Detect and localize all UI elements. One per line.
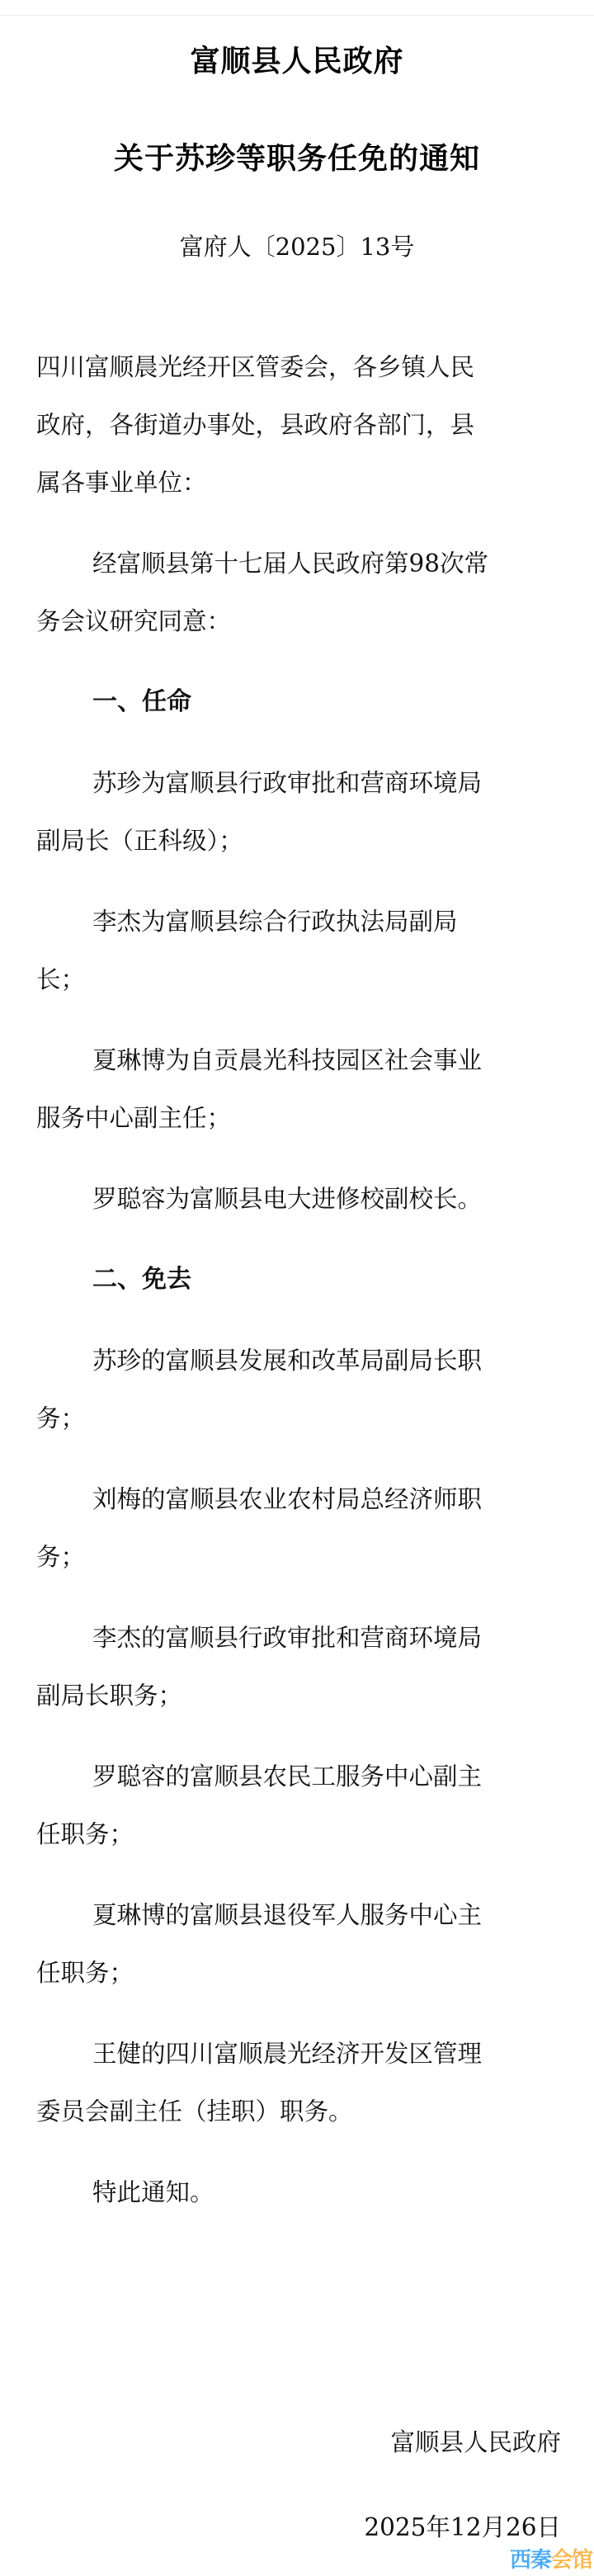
addressee-line: 四川富顺晨光经开区管委会，各乡镇人民 — [36, 338, 558, 396]
preamble-paragraph: 经富顺县第十七届人民政府第98次常 务会议研究同意： — [36, 535, 558, 650]
appointment-item: 夏琳博为自贡晨光科技园区社会事业 服务中心副主任； — [36, 1031, 558, 1147]
item-line: 副局长职务； — [36, 1667, 558, 1724]
item-line: 罗聪容为富顺县电大进修校副校长。 — [36, 1170, 558, 1228]
appointment-item: 苏珍为富顺县行政审批和营商环境局 副局长（正科级）； — [36, 754, 558, 870]
section-heading-appoint: 一、任命 — [36, 673, 558, 731]
preamble-line: 务会议研究同意： — [36, 592, 558, 650]
appointment-item: 罗聪容为富顺县电大进修校副校长。 — [36, 1170, 558, 1228]
signature-organization: 富顺县人民政府 — [390, 2426, 561, 2459]
item-line: 夏琳博为自贡晨光科技园区社会事业 — [36, 1031, 558, 1089]
dismissal-item: 刘梅的富顺县农业农村局总经济师职 务； — [36, 1470, 558, 1586]
top-divider — [0, 15, 594, 16]
section-heading-dismiss: 二、免去 — [36, 1251, 558, 1309]
dismissal-item: 罗聪容的富顺县农民工服务中心副主 任职务； — [36, 1748, 558, 1863]
item-line: 李杰的富顺县行政审批和营商环境局 — [36, 1609, 558, 1667]
signature-date: 2025年12月26日 — [364, 2511, 561, 2544]
addressee-line: 属各事业单位： — [36, 454, 558, 512]
addressee-line: 政府，各街道办事处，县政府各部门，县 — [36, 396, 558, 454]
item-line: 夏琳博的富顺县退役军人服务中心主 — [36, 1886, 558, 1944]
item-line: 长； — [36, 951, 558, 1008]
watermark-logo: 西秦会馆 — [510, 2548, 592, 2573]
watermark-text-part2: 会馆 — [551, 2548, 592, 2573]
item-line: 任职务； — [36, 1944, 558, 2002]
dismissal-item: 王健的四川富顺晨光经济开发区管理 委员会副主任（挂职）职务。 — [36, 2025, 558, 2140]
dismissal-item: 夏琳博的富顺县退役军人服务中心主 任职务； — [36, 1886, 558, 2002]
preamble-line: 经富顺县第十七届人民政府第98次常 — [36, 535, 558, 592]
document-body: 四川富顺晨光经开区管委会，各乡镇人民 政府，各街道办事处，县政府各部门，县 属各… — [36, 338, 558, 2244]
dismissal-item: 苏珍的富顺县发展和改革局副局长职 务； — [36, 1332, 558, 1447]
appointment-item: 李杰为富顺县综合行政执法局副局 长； — [36, 893, 558, 1008]
item-line: 务； — [36, 1389, 558, 1447]
item-line: 副局长（正科级）； — [36, 812, 558, 870]
dismissal-item: 李杰的富顺县行政审批和营商环境局 副局长职务； — [36, 1609, 558, 1724]
item-line: 王健的四川富顺晨光经济开发区管理 — [36, 2025, 558, 2083]
closing-remark: 特此通知。 — [36, 2163, 558, 2221]
issuer-title: 富顺县人民政府 — [0, 44, 594, 80]
item-line: 刘梅的富顺县农业农村局总经济师职 — [36, 1470, 558, 1528]
item-line: 任职务； — [36, 1805, 558, 1863]
subject-title: 关于苏珍等职务任免的通知 — [0, 141, 594, 177]
item-line: 苏珍为富顺县行政审批和营商环境局 — [36, 754, 558, 812]
item-line: 罗聪容的富顺县农民工服务中心副主 — [36, 1748, 558, 1805]
watermark-text-part1: 西秦 — [510, 2548, 551, 2573]
document-number: 富府人〔2025〕13号 — [0, 231, 594, 262]
addressee-paragraph: 四川富顺晨光经开区管委会，各乡镇人民 政府，各街道办事处，县政府各部门，县 属各… — [36, 338, 558, 512]
item-line: 李杰为富顺县综合行政执法局副局 — [36, 893, 558, 951]
item-line: 委员会副主任（挂职）职务。 — [36, 2083, 558, 2140]
item-line: 务； — [36, 1528, 558, 1586]
item-line: 服务中心副主任； — [36, 1089, 558, 1147]
item-line: 苏珍的富顺县发展和改革局副局长职 — [36, 1332, 558, 1389]
